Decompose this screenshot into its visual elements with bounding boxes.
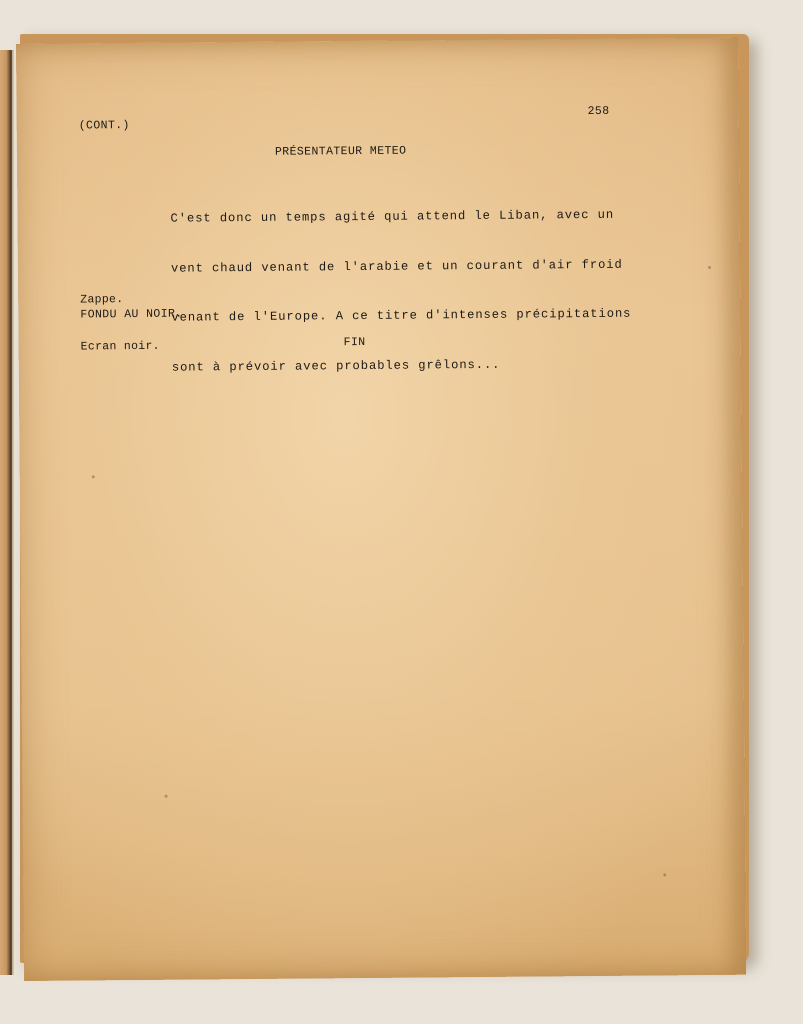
- transition-text: FONDU AU NOIR.: [80, 308, 182, 322]
- page-number: 258: [588, 105, 610, 118]
- dialogue-block: C'est donc un temps agité qui attend le …: [170, 174, 632, 409]
- paper-speck: [663, 873, 666, 876]
- dialogue-line: vent chaud venant de l'arabie et un cour…: [171, 256, 631, 277]
- dialogue-line: sont à prévoir avec probables grêlons...: [172, 355, 632, 376]
- dialogue-line: C'est donc un temps agité qui attend le …: [170, 207, 630, 228]
- dialogue-line: venant de l'Europe. A ce titre d'intense…: [171, 306, 631, 327]
- action-line: Ecran noir.: [81, 338, 160, 354]
- paper-speck: [708, 266, 711, 269]
- paper-speck: [92, 475, 95, 478]
- paper-speck: [165, 795, 168, 798]
- screenplay-page: (CONT.) 258 PRÉSENTATEUR METEO C'est don…: [16, 38, 746, 981]
- continued-marker: (CONT.): [79, 119, 130, 132]
- end-marker: FIN: [344, 336, 366, 349]
- action-block: Zappe. Ecran noir.: [80, 261, 160, 386]
- action-line: Zappe.: [80, 292, 159, 308]
- character-name: PRÉSENTATEUR METEO: [275, 145, 407, 159]
- previous-page-edge: [0, 50, 14, 975]
